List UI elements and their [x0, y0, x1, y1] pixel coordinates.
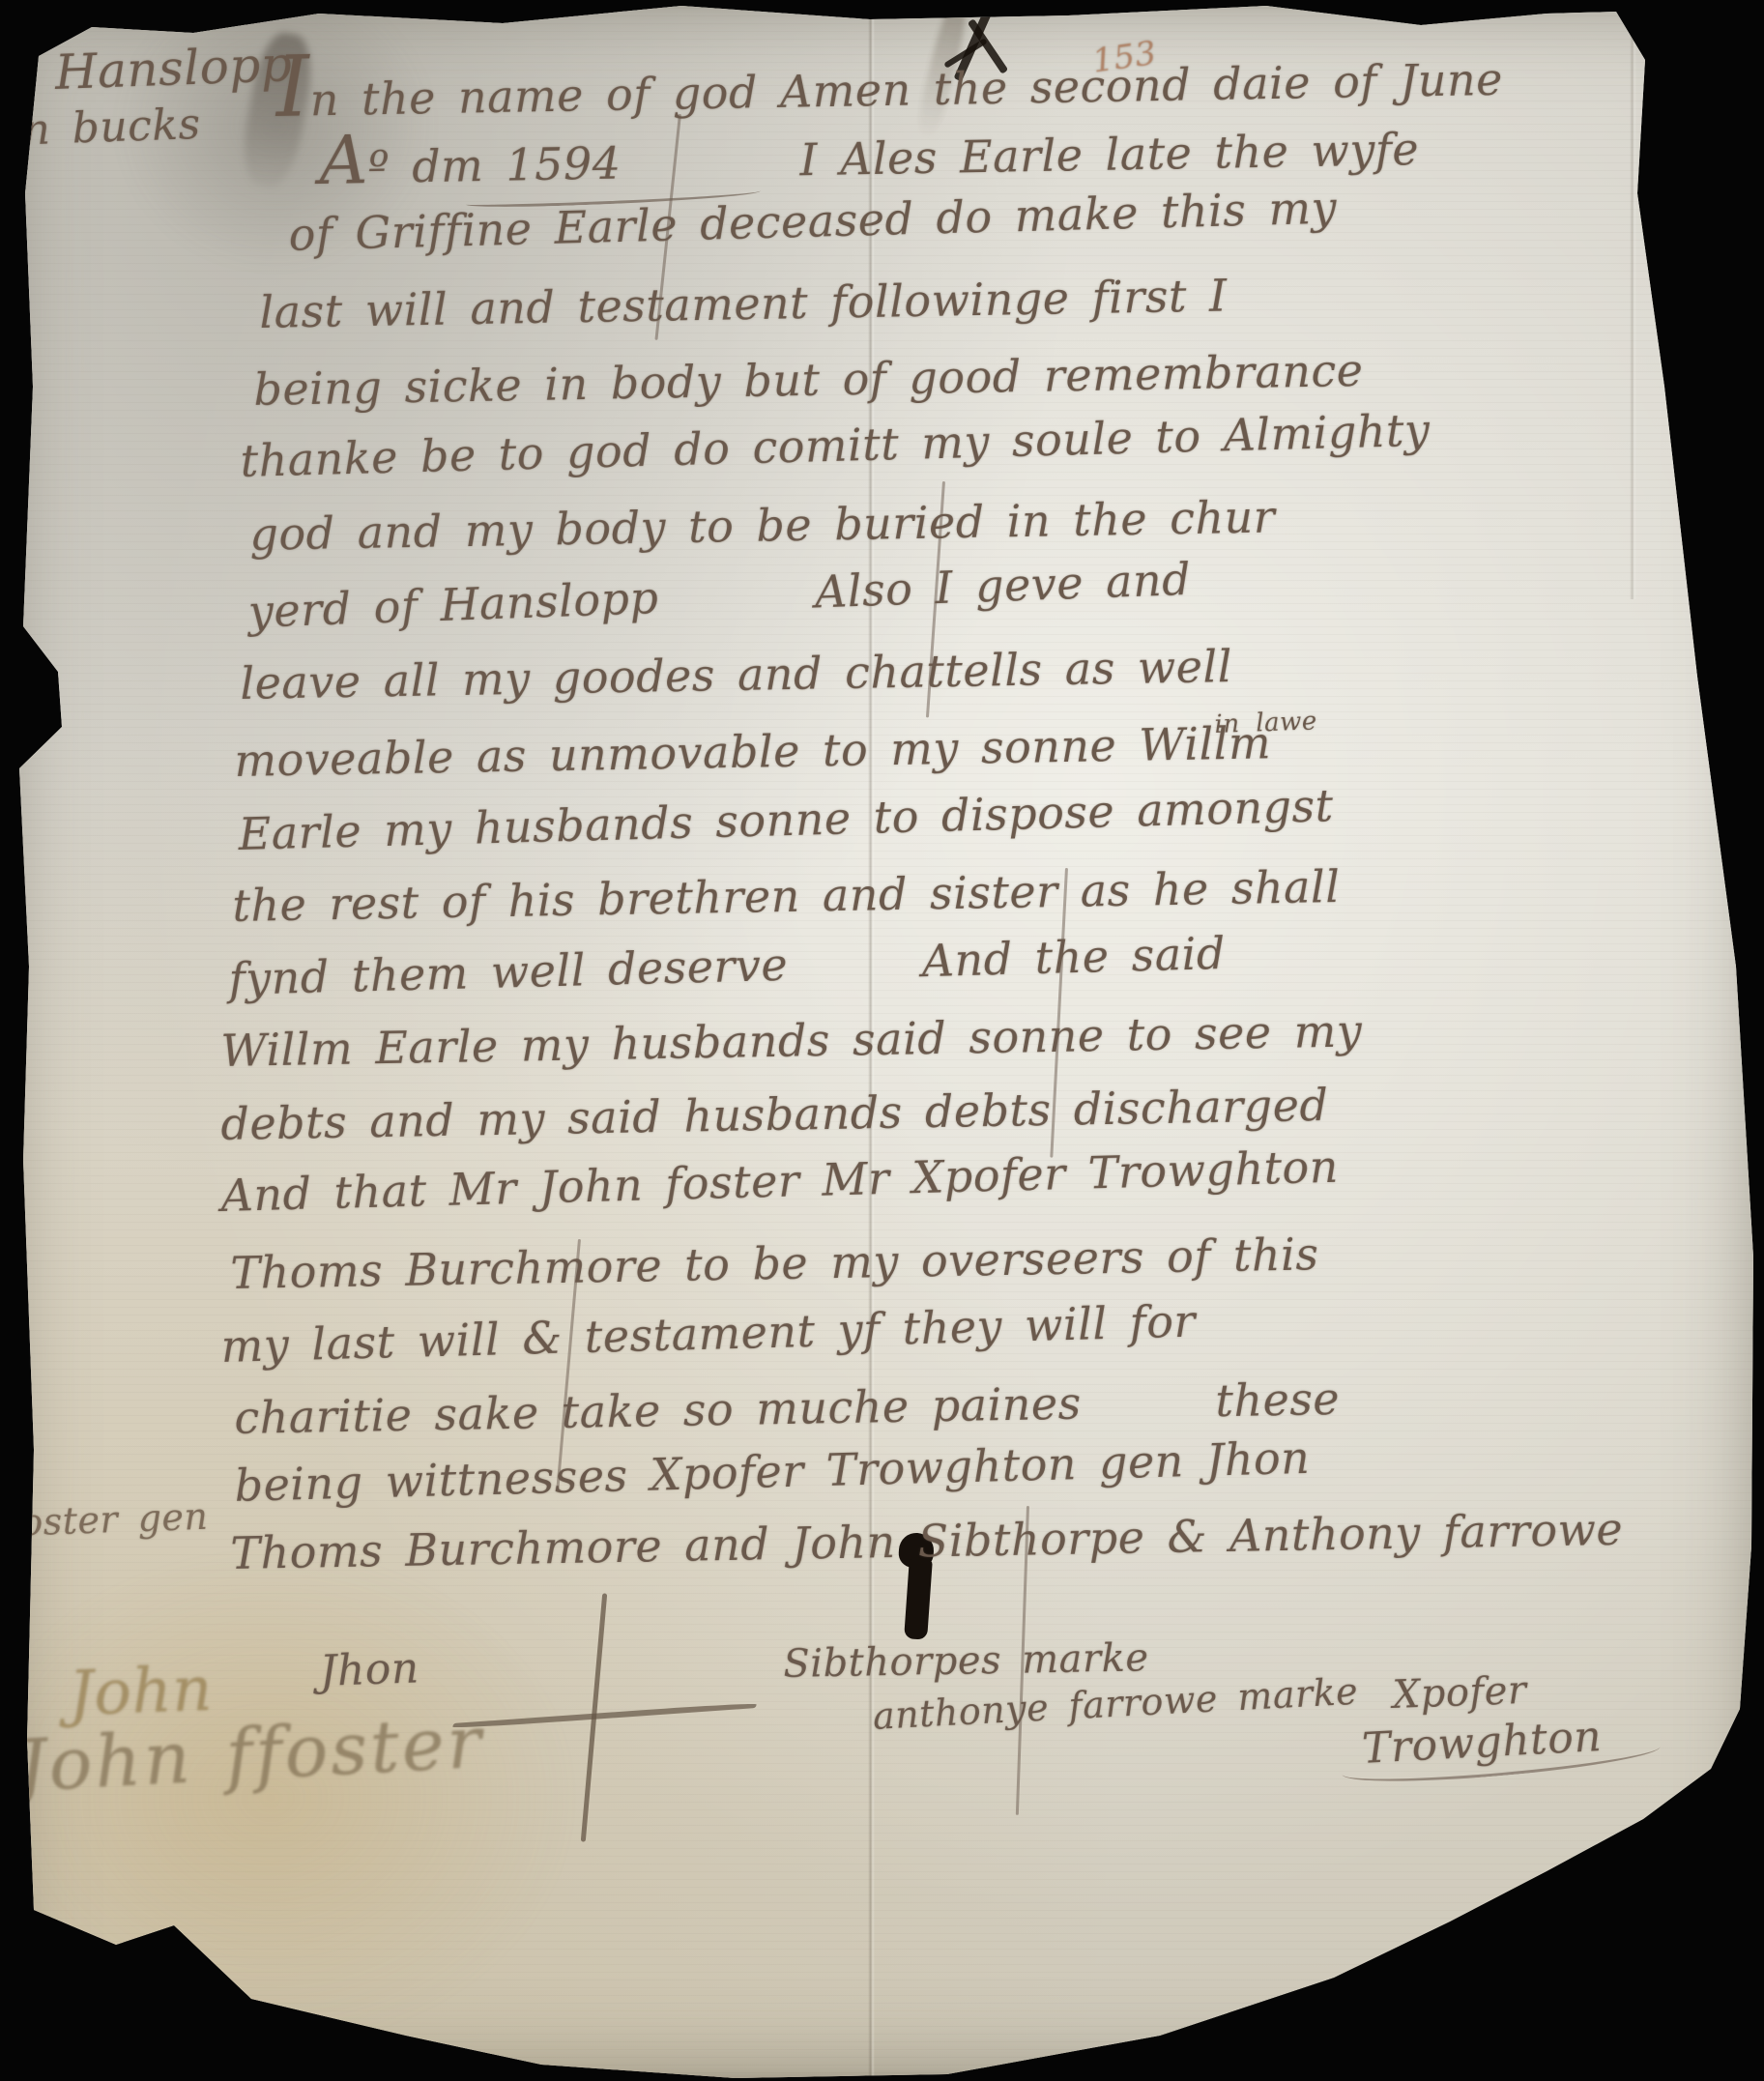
manuscript-line: Thoms Burchmore to be my overseers of th…	[230, 1229, 1319, 1297]
manuscript-line: Aº dm 1594 I Ales Earle late the wyfe	[319, 116, 1419, 192]
right-fold-crease	[1630, 0, 1636, 599]
ink-blot	[904, 1557, 933, 1639]
manuscript-line: Earle my husbands sonne to dispose among…	[238, 781, 1334, 858]
margin-note-place: Hanslopp	[54, 38, 293, 100]
sibthorpe-cross-mark	[452, 1702, 757, 1729]
manuscript-line: the rest of his brethren and sister as h…	[232, 862, 1341, 931]
signature-sibthorpe-name: Jhon	[319, 1645, 419, 1695]
manuscript-line: leave all my goodes and chattells as wel…	[240, 642, 1232, 708]
margin-note-witness: foster gen	[6, 1497, 209, 1545]
manuscript-line: thanke be to god do comitt my soule to A…	[240, 406, 1431, 486]
manuscript-line: And that Mr John foster Mr Xpofer Trowgh…	[220, 1142, 1339, 1221]
manuscript-line: god and my body to be buried in the chur	[249, 492, 1276, 559]
signature-trowghton-first-name: Xpofer	[1392, 1669, 1527, 1717]
manuscript-line: being wittnesses Xpofer Trowghton gen Jh…	[234, 1433, 1311, 1511]
manuscript-line: Willm Earle my husbands said sonne to se…	[220, 1006, 1363, 1075]
interlinear-insertion: in lawe	[1214, 708, 1317, 738]
manuscript-line: yerd of Hanslopp Also I geve and	[247, 555, 1192, 637]
manuscript-paper: Hanslopp in bucks 153 foster gen In the …	[0, 0, 1764, 2081]
manuscript-line: charitie sake take so muche paines these	[234, 1374, 1340, 1443]
manuscript-line: Thoms Burchmore and John Sibthorpe & Ant…	[230, 1505, 1624, 1578]
signature-sibthorpe-mark-label: Sibthorpes marke	[783, 1636, 1149, 1686]
margin-note-county: in bucks	[8, 101, 201, 155]
manuscript-line: debts and my said husbands debts dischar…	[220, 1081, 1329, 1149]
manuscript-line: my last will & testament yf they will fo…	[220, 1297, 1196, 1372]
manuscript-line: fynd them well deserve And the said	[228, 929, 1226, 1004]
manuscript-line: moveable as unmovable to my sonne Willm	[234, 718, 1271, 785]
manuscript-line: being sicke in body but of good remembra…	[253, 346, 1364, 415]
manuscript-line: last will and testament followinge first…	[259, 272, 1228, 337]
manuscript-line: of Griffine Earle deceased do make this …	[288, 184, 1338, 260]
manuscript-line: In the name of god Amen the second daie …	[275, 37, 1503, 126]
